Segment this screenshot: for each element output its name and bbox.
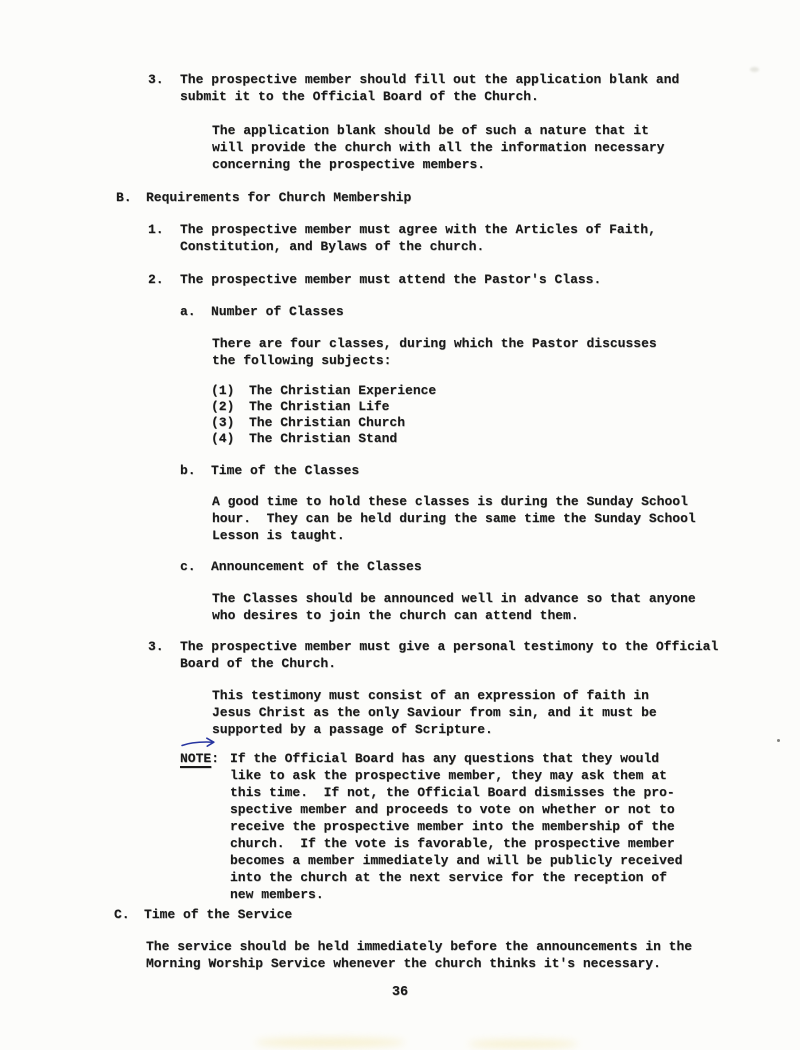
list-marker: 2. xyxy=(148,271,164,288)
text-lines: The prospective member must attend the P… xyxy=(180,271,601,288)
text-lines: A good time to hold these classes is dur… xyxy=(212,493,696,544)
text-lines: Number of Classes xyxy=(211,303,344,320)
text-line: Lesson is taught. xyxy=(212,527,696,544)
text-lines: The Christian Experience xyxy=(249,382,436,399)
text-line: Time of the Classes xyxy=(211,462,359,479)
text-lines: The Christian Life xyxy=(249,398,389,415)
text-line: A good time to hold these classes is dur… xyxy=(212,493,696,510)
list-marker: c. xyxy=(180,558,196,575)
text-line: will provide the church with all the inf… xyxy=(212,139,664,156)
text-lines: The application blank should be of such … xyxy=(212,122,664,173)
text-line: Constitution, and Bylaws of the church. xyxy=(180,238,656,255)
list-marker: 1. xyxy=(148,221,164,238)
text-line: The prospective member must attend the P… xyxy=(180,271,601,288)
text-line: Time of the Service xyxy=(144,906,292,923)
text-lines: The service should be held immediately b… xyxy=(146,938,692,972)
text-line: The application blank should be of such … xyxy=(212,122,664,139)
list-marker: B. xyxy=(116,189,132,206)
text-line: becomes a member immediately and will be… xyxy=(230,852,682,869)
document-page: 3.The prospective member should fill out… xyxy=(0,0,800,1050)
list-marker: 3. xyxy=(148,638,164,655)
list-marker: (4) xyxy=(211,430,234,447)
text-lines: Time of the Classes xyxy=(211,462,359,479)
list-marker: C. xyxy=(114,906,130,923)
list-marker: (1) xyxy=(211,382,234,399)
text-line: who desires to join the church can atten… xyxy=(212,607,696,624)
scan-smudge xyxy=(468,1040,578,1048)
text-lines: Announcement of the Classes xyxy=(211,558,422,575)
text-line: Requirements for Church Membership xyxy=(146,189,411,206)
text-line: Announcement of the Classes xyxy=(211,558,422,575)
text-line: the following subjects: xyxy=(212,352,657,369)
text-line: There are four classes, during which the… xyxy=(212,335,657,352)
text-line: receive the prospective member into the … xyxy=(230,818,682,835)
text-line: church. If the vote is favorable, the pr… xyxy=(230,835,682,852)
text-line: hour. They can be held during the same t… xyxy=(212,510,696,527)
text-line: The prospective member must give a perso… xyxy=(180,638,718,655)
text-lines: The prospective member must give a perso… xyxy=(180,638,718,672)
text-line: spective member and proceeds to vote on … xyxy=(230,801,682,818)
text-line: Board of the Church. xyxy=(180,655,718,672)
text-line: concerning the prospective members. xyxy=(212,156,664,173)
text-line: Number of Classes xyxy=(211,303,344,320)
text-line: submit it to the Official Board of the C… xyxy=(180,88,679,105)
list-marker: a. xyxy=(180,303,196,320)
text-line: like to ask the prospective member, they… xyxy=(230,767,682,784)
text-line: The Classes should be announced well in … xyxy=(212,590,696,607)
text-line: The service should be held immediately b… xyxy=(146,938,692,955)
text-lines: Time of the Service xyxy=(144,906,292,923)
scan-speck xyxy=(777,739,780,742)
list-marker: (2) xyxy=(211,398,234,415)
text-line: Morning Worship Service whenever the chu… xyxy=(146,955,692,972)
text-lines: Requirements for Church Membership xyxy=(146,189,411,206)
text-line: supported by a passage of Scripture. xyxy=(212,721,657,738)
text-line: This testimony must consist of an expres… xyxy=(212,687,657,704)
page-number: 36 xyxy=(0,984,800,1001)
text-line: The Christian Stand xyxy=(249,430,397,447)
text-line: The prospective member should fill out t… xyxy=(180,71,679,88)
list-marker: NOTE: xyxy=(180,750,219,767)
scan-speck xyxy=(750,67,759,72)
text-line: into the church at the next service for … xyxy=(230,869,682,886)
text-lines: If the Official Board has any questions … xyxy=(230,750,682,903)
text-lines: The Christian Stand xyxy=(249,430,397,447)
text-line: new members. xyxy=(230,886,682,903)
list-marker: b. xyxy=(180,462,196,479)
text-lines: The prospective member must agree with t… xyxy=(180,221,656,255)
list-marker: 3. xyxy=(148,71,164,88)
text-line: this time. If not, the Official Board di… xyxy=(230,784,682,801)
text-line: Jesus Christ as the only Saviour from si… xyxy=(212,704,657,721)
text-line: If the Official Board has any questions … xyxy=(230,750,682,767)
text-lines: The Classes should be announced well in … xyxy=(212,590,696,624)
text-lines: There are four classes, during which the… xyxy=(212,335,657,369)
text-lines: This testimony must consist of an expres… xyxy=(212,687,657,738)
text-line: The prospective member must agree with t… xyxy=(180,221,656,238)
text-line: The Christian Life xyxy=(249,398,389,415)
text-lines: The Christian Church xyxy=(249,414,405,431)
text-line: The Christian Experience xyxy=(249,382,436,399)
text-lines: The prospective member should fill out t… xyxy=(180,71,679,105)
list-marker: (3) xyxy=(211,414,234,431)
text-line: The Christian Church xyxy=(249,414,405,431)
scan-smudge xyxy=(255,1038,405,1047)
